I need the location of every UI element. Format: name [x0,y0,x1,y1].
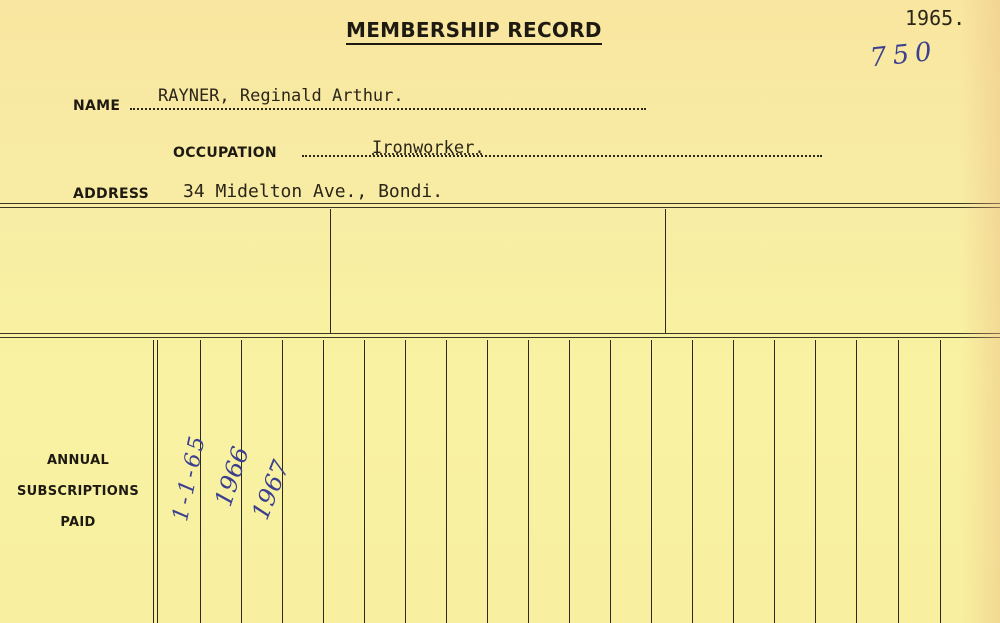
subscriptions-column-line [898,340,899,623]
subscriptions-column-line [364,340,365,623]
year-stamp: 1965. [905,6,965,30]
occupation-label: OCCUPATION [173,145,277,161]
subscriptions-column-line [446,340,447,623]
subscriptions-column-line [323,340,324,623]
address-value: 34 Midelton Ave., Bondi. [183,181,443,202]
subscriptions-label: SUBSCRIPTIONS [0,484,156,499]
subscriptions-column-line [815,340,816,623]
card-title: MEMBERSHIP RECORD [346,18,602,45]
subscriptions-column-line [153,340,154,623]
subscriptions-column-line [940,340,941,623]
subscriptions-column-line [610,340,611,623]
name-dotted-line [130,108,646,110]
subscriptions-column-line [733,340,734,623]
address-divider-rule [0,203,1000,208]
subscriptions-column-line [528,340,529,623]
membership-record-card: MEMBERSHIP RECORD 1965. 750 NAME RAYNER,… [0,0,1000,623]
name-label: NAME [73,98,120,114]
handwritten-record-number: 750 [869,37,939,74]
subscriptions-column-line [569,340,570,623]
subscriptions-column-line [405,340,406,623]
subscriptions-column-line [774,340,775,623]
subscriptions-column-line [856,340,857,623]
subscriptions-column-line [157,340,158,623]
subscriptions-column-line [651,340,652,623]
name-value: RAYNER, Reginald Arthur. [158,86,404,106]
paid-label: PAID [0,515,156,530]
annual-label: ANNUAL [0,453,156,468]
occupation-value: Ironworker. [372,138,485,158]
subscriptions-divider-rule [0,333,1000,338]
upper-box-divider [330,209,331,333]
address-label: ADDRESS [73,186,149,202]
subscriptions-column-line [487,340,488,623]
subscriptions-column-line [692,340,693,623]
upper-box-divider [665,209,666,333]
